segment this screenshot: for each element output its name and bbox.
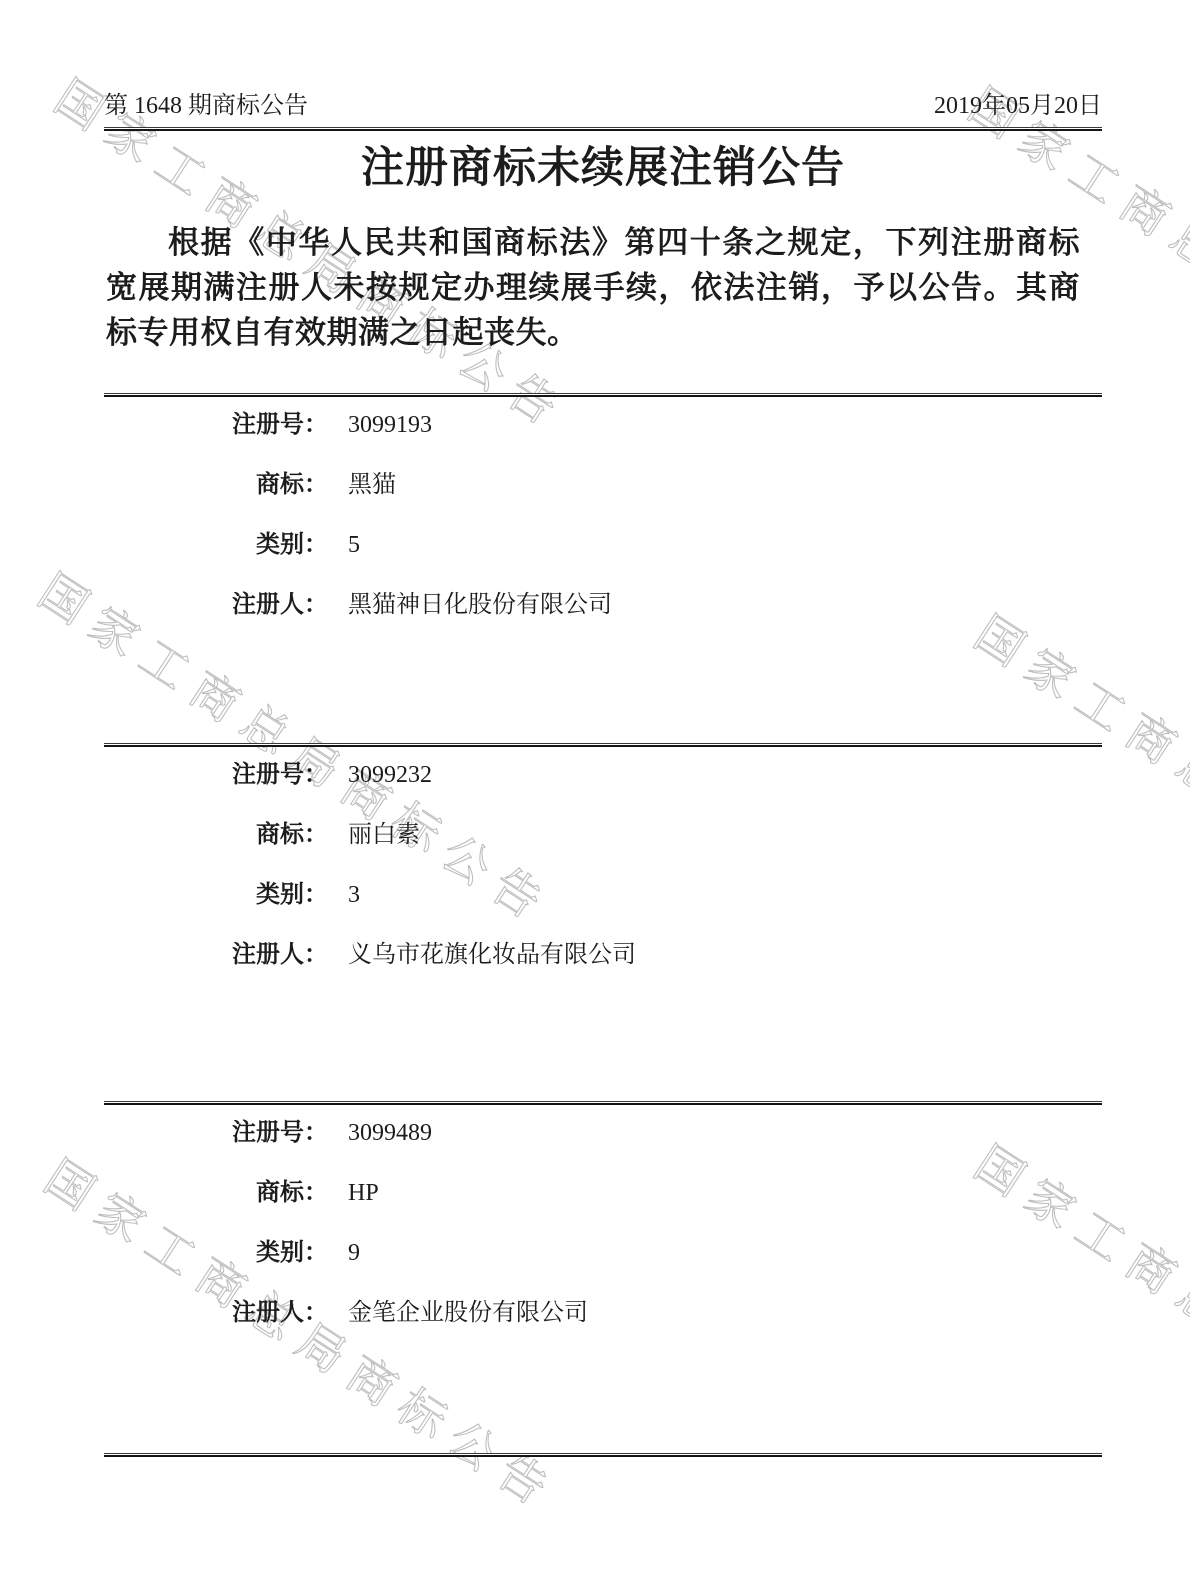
field-row: 商标： 黑猫 bbox=[104, 471, 1102, 531]
field-label-trademark: 商标： bbox=[104, 471, 328, 499]
header-rule bbox=[104, 127, 1102, 131]
issue-label: 第 1648 期商标公告 bbox=[104, 93, 308, 120]
field-value-class: 3 bbox=[348, 881, 360, 909]
field-label-class: 类别： bbox=[104, 531, 328, 559]
record-section: 注册号： 3099193 商标： 黑猫 类别： 5 注册人： 黑猫神日化股份有限… bbox=[104, 393, 1102, 651]
field-value-reg-no: 3099232 bbox=[348, 761, 432, 789]
page-header: 第 1648 期商标公告 2019年05月20日 bbox=[104, 93, 1102, 120]
gazette-page: 国家工商总局商标公告 国家工商总局商标公告 国家工商总局商标公告 国家工商总局商… bbox=[0, 0, 1190, 1594]
field-label-reg-no: 注册号： bbox=[104, 411, 328, 439]
record-divider bbox=[104, 393, 1102, 397]
date-label: 2019年05月20日 bbox=[934, 93, 1102, 120]
field-row: 注册号： 3099193 bbox=[104, 411, 1102, 471]
field-label-reg-no: 注册号： bbox=[104, 1119, 328, 1147]
field-row: 注册人： 黑猫神日化股份有限公司 bbox=[104, 591, 1102, 651]
field-row: 商标： 丽白素 bbox=[104, 821, 1102, 881]
body-paragraph: 根据《中华人民共和国商标法》第四十条之规定，下列注册商标宽展期满注册人未按规定办… bbox=[106, 220, 1080, 355]
field-value-class: 9 bbox=[348, 1239, 360, 1267]
record-divider bbox=[104, 743, 1102, 747]
record-section: 注册号： 3099232 商标： 丽白素 类别： 3 注册人： 义乌市花旗化妆品… bbox=[104, 743, 1102, 1001]
record-divider bbox=[104, 1101, 1102, 1105]
record-section: 注册号： 3099489 商标： HP 类别： 9 注册人： 金笔企业股份有限公… bbox=[104, 1101, 1102, 1359]
field-value-class: 5 bbox=[348, 531, 360, 559]
field-label-class: 类别： bbox=[104, 1239, 328, 1267]
field-value-trademark: 黑猫 bbox=[348, 471, 396, 499]
field-label-class: 类别： bbox=[104, 881, 328, 909]
field-label-registrant: 注册人： bbox=[104, 591, 328, 619]
field-row: 注册号： 3099489 bbox=[104, 1119, 1102, 1179]
field-value-trademark: 丽白素 bbox=[348, 821, 420, 849]
field-value-registrant: 黑猫神日化股份有限公司 bbox=[348, 591, 612, 619]
field-row: 商标： HP bbox=[104, 1179, 1102, 1239]
field-value-reg-no: 3099489 bbox=[348, 1119, 432, 1147]
field-label-registrant: 注册人： bbox=[104, 1299, 328, 1327]
field-row: 注册号： 3099232 bbox=[104, 761, 1102, 821]
field-row: 注册人： 义乌市花旗化妆品有限公司 bbox=[104, 941, 1102, 1001]
field-label-reg-no: 注册号： bbox=[104, 761, 328, 789]
field-value-registrant: 义乌市花旗化妆品有限公司 bbox=[348, 941, 636, 969]
bottom-rule bbox=[104, 1453, 1102, 1457]
field-row: 注册人： 金笔企业股份有限公司 bbox=[104, 1299, 1102, 1359]
field-row: 类别： 3 bbox=[104, 881, 1102, 941]
page-title: 注册商标未续展注销公告 bbox=[104, 144, 1102, 194]
field-row: 类别： 9 bbox=[104, 1239, 1102, 1299]
field-row: 类别： 5 bbox=[104, 531, 1102, 591]
field-value-reg-no: 3099193 bbox=[348, 411, 432, 439]
field-label-trademark: 商标： bbox=[104, 821, 328, 849]
field-value-trademark: HP bbox=[348, 1179, 379, 1207]
field-label-trademark: 商标： bbox=[104, 1179, 328, 1207]
field-label-registrant: 注册人： bbox=[104, 941, 328, 969]
field-value-registrant: 金笔企业股份有限公司 bbox=[348, 1299, 588, 1327]
